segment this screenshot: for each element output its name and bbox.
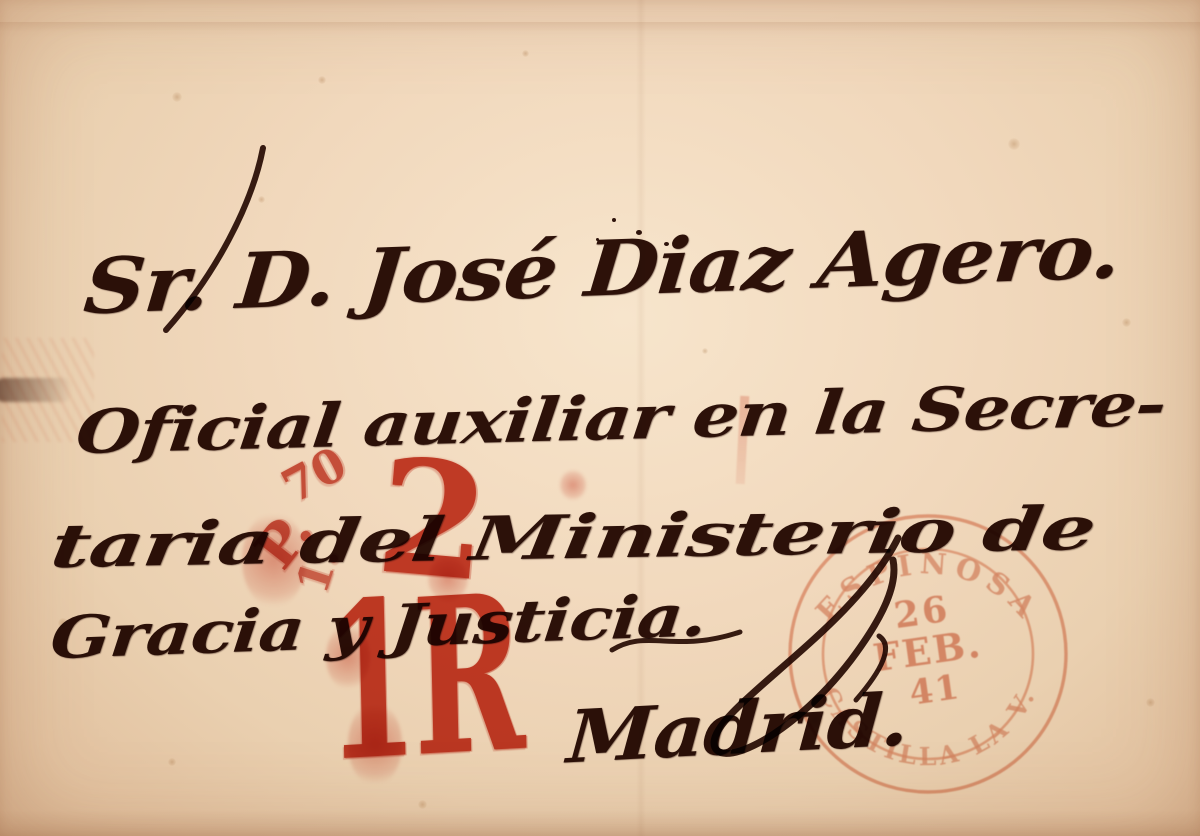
pen-flourishes [0, 0, 1200, 836]
ink-spatter-dot [596, 238, 599, 241]
ink-spatter-dot [612, 218, 616, 222]
justicia-dash-flourish [612, 632, 740, 650]
letter-cover-scan: 70 P. 1. 2 1R ESPINOSA CASTILLA LA V. 26… [0, 0, 1200, 836]
ink-spatter-dot [636, 230, 642, 235]
descender-loop-flourish [714, 538, 898, 753]
lead-in-flourish [166, 148, 263, 330]
ink-spatter-dot [664, 242, 669, 246]
